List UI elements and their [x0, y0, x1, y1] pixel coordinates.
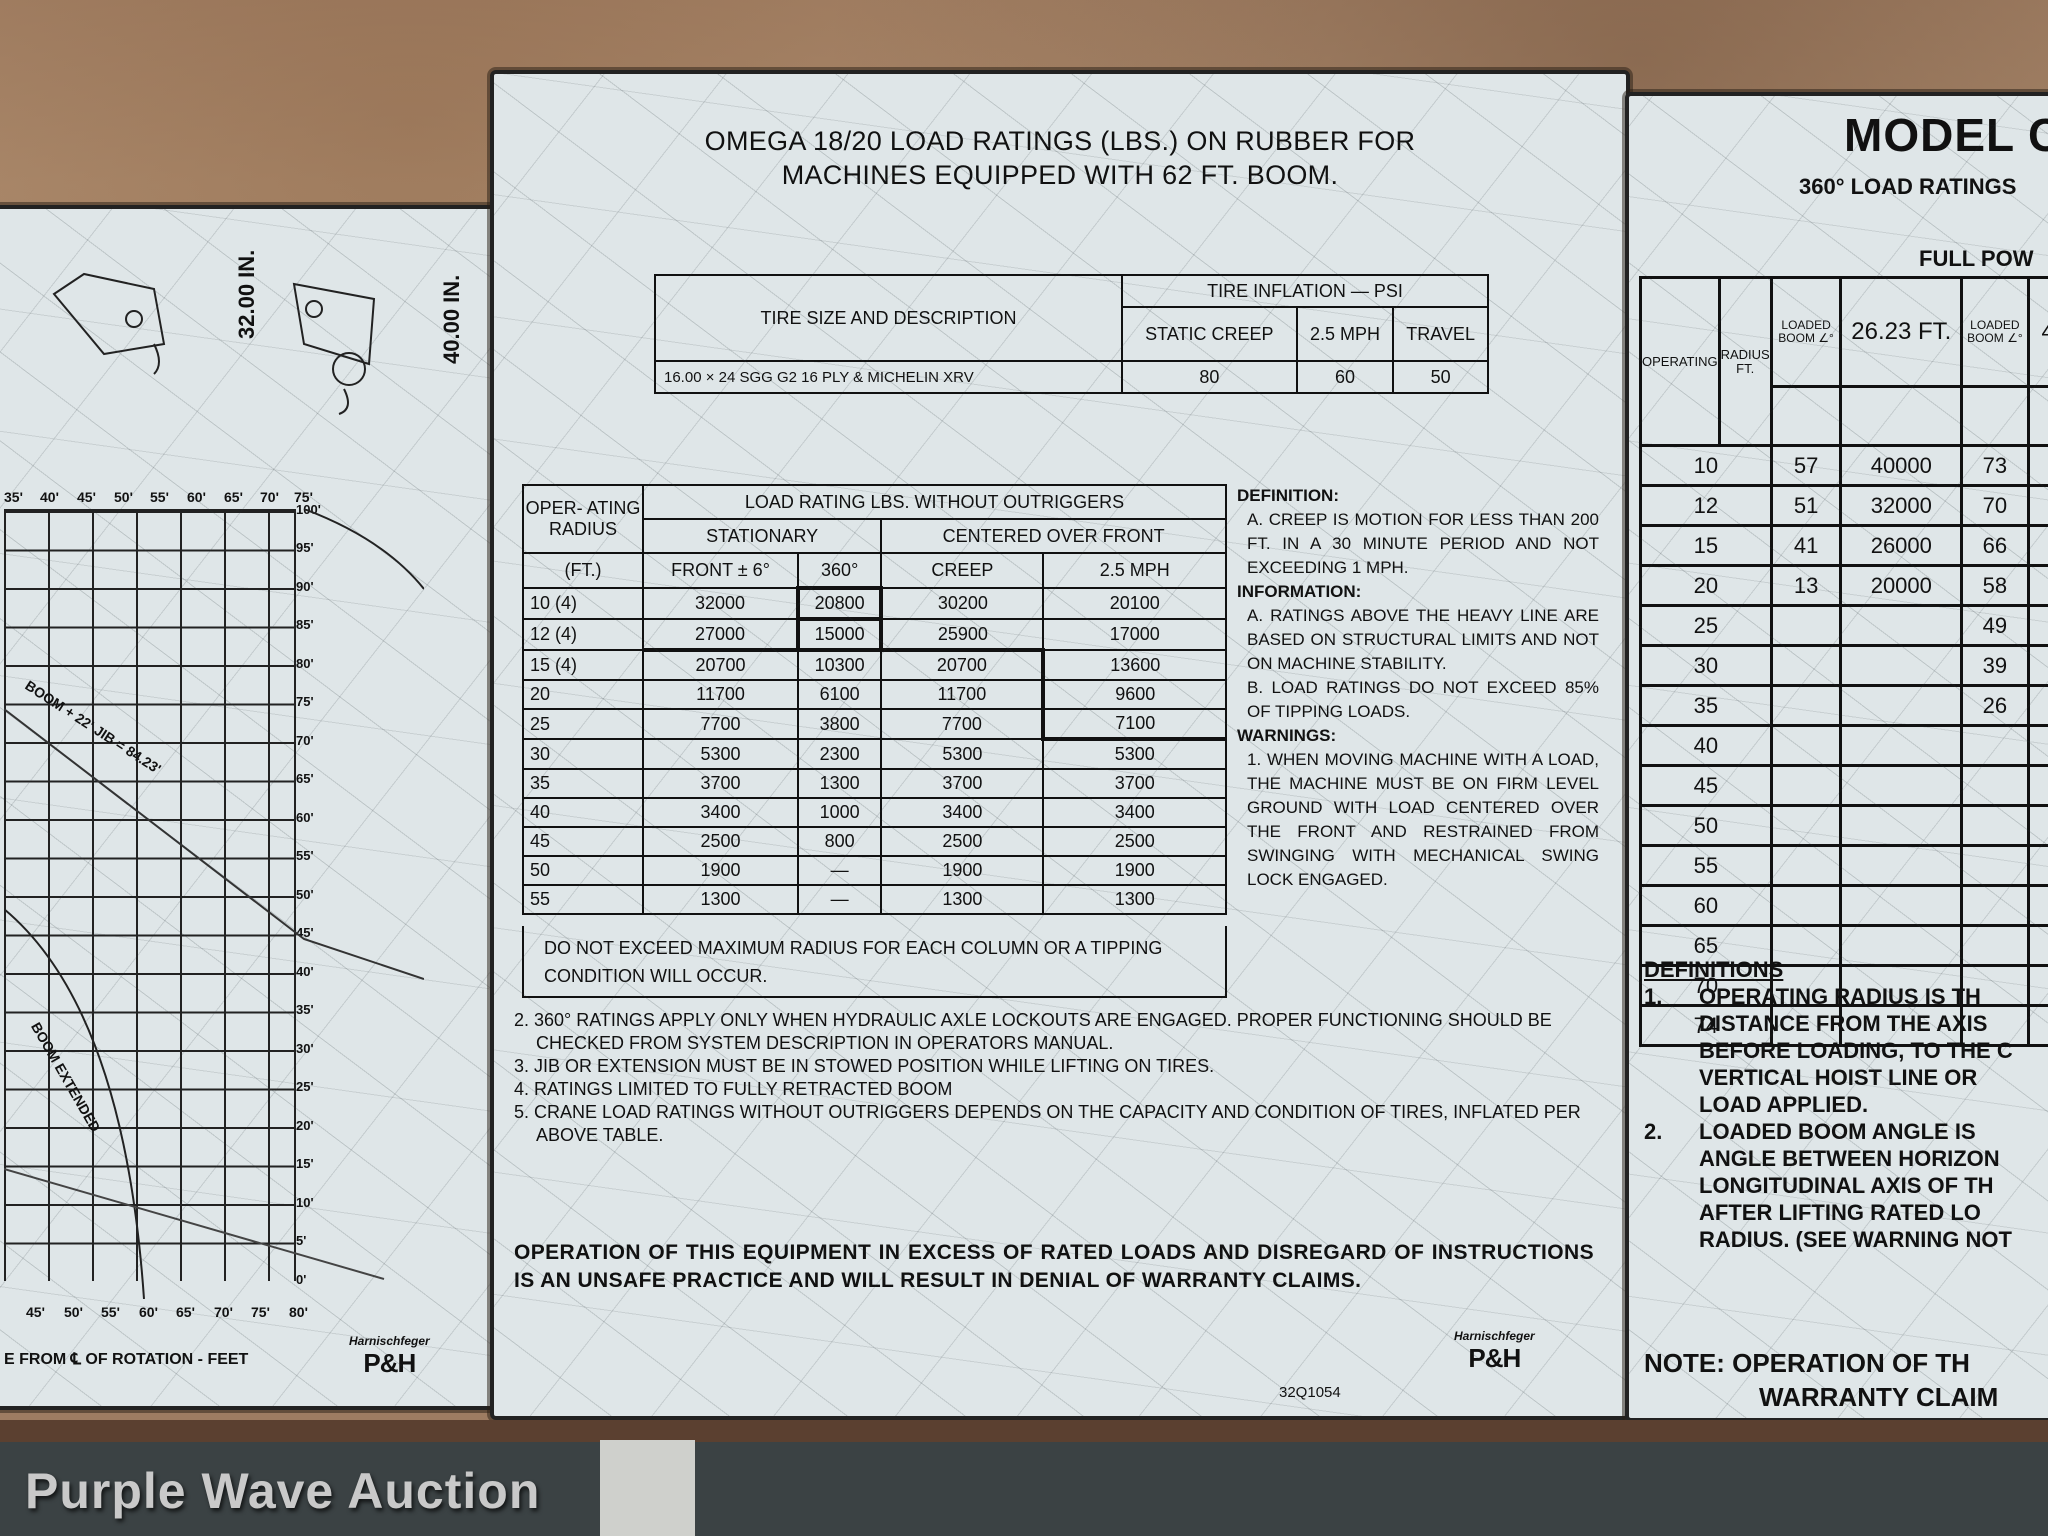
front-cell: 3700	[643, 769, 798, 798]
part-number: 32Q1054	[1279, 1384, 1341, 1401]
table-row: 30 5300 2300 5300 5300	[523, 739, 1226, 769]
r360-cell: —	[798, 856, 881, 885]
plate-title: OMEGA 18/20 LOAD RATINGS (LBS.) ON RUBBE…	[494, 124, 1626, 192]
front-cell: 1300	[643, 885, 798, 914]
radius-cell: 15	[1641, 526, 1772, 566]
tire-inflation-header: TIRE INFLATION — PSI	[1122, 275, 1488, 307]
x-tick: 80'	[289, 1304, 308, 1320]
radius-cell: 60	[1641, 886, 1772, 926]
operating-label: OPERATING	[1641, 278, 1720, 446]
table-row: 3526	[1641, 686, 2048, 726]
angle-cell: 73	[1962, 446, 2028, 486]
note-line-1: NOTE: OPERATION OF TH	[1644, 1346, 1998, 1380]
x-tick: 50'	[114, 489, 133, 505]
radius-cell: 30	[1641, 646, 1772, 686]
table-row: 15 (4) 20700 10300 20700 13600	[523, 650, 1226, 680]
x-tick: 50'	[64, 1304, 83, 1320]
boom-arc-lines-icon	[4, 509, 424, 1299]
r360-cell: 10300	[798, 650, 881, 680]
boom-length-header: 26.23 FT.	[1841, 278, 1962, 387]
psi-2-5-mph: 60	[1297, 361, 1394, 393]
table-row: 12513200070	[1641, 486, 2048, 526]
table-row: 50 1900 — 1900 1900	[523, 856, 1226, 885]
mph-cell: 9600	[1043, 680, 1226, 709]
definition-line: LONGITUDINAL AXIS OF TH	[1699, 1172, 2012, 1199]
col-360: 360°	[798, 553, 881, 588]
radius-cell: 50	[523, 856, 643, 885]
creep-cell: 30200	[881, 588, 1043, 619]
brand-name: Harnischfeger	[1454, 1329, 1535, 1343]
angle-cell: 39	[1962, 646, 2028, 686]
title-line-1: OMEGA 18/20 LOAD RATINGS (LBS.) ON RUBBE…	[494, 124, 1626, 158]
x-tick: 70'	[260, 489, 279, 505]
watermark: Purple Wave Auction	[25, 1462, 540, 1520]
radius-cell: 30	[523, 739, 643, 769]
front-cell: 2500	[643, 827, 798, 856]
x-tick: 75'	[251, 1304, 270, 1320]
note-line-2: WARRANTY CLAIM	[1644, 1380, 1998, 1414]
mph-cell: 7100	[1043, 709, 1226, 739]
rust-strip	[0, 1420, 2048, 1442]
information-heading: INFORMATION:	[1237, 580, 1599, 604]
radius-cell: 35	[1641, 686, 1772, 726]
definition-line: LOADED BOOM ANGLE IS	[1699, 1118, 2012, 1145]
mph-cell: 20100	[1043, 588, 1226, 619]
definition-number: 2.	[1644, 1118, 1699, 1253]
radius-cell: 45	[523, 827, 643, 856]
definition-heading: DEFINITION:	[1237, 484, 1599, 508]
radius-cell: 45	[1641, 766, 1772, 806]
radius-cell: 55	[523, 885, 643, 914]
stationary-header: STATIONARY	[643, 519, 881, 553]
radius-cell: 12	[1641, 486, 1772, 526]
r360-cell: 15000	[798, 619, 881, 650]
ph-brand: Harnischfeger P&H	[1454, 1329, 1535, 1374]
note-4: 4. RATINGS LIMITED TO FULLY RETRACTED BO…	[514, 1078, 1594, 1101]
range-diagram-plate: 32.00 IN. 40.00 IN. 100' 95' 90' 85' 80'…	[0, 205, 520, 1410]
definitions-section: DEFINITIONS 1. OPERATING RADIUS IS TH DI…	[1644, 956, 2048, 1253]
x-tick: 60'	[187, 489, 206, 505]
radius-cell: 25	[523, 709, 643, 739]
front-cell: 20700	[643, 650, 798, 680]
front-cell: 5300	[643, 739, 798, 769]
warranty-warning: OPERATION OF THIS EQUIPMENT IN EXCESS OF…	[514, 1239, 1594, 1295]
mph-cell: 1300	[1043, 885, 1226, 914]
angle-cell: 49	[1962, 606, 2028, 646]
col-front: FRONT ± 6°	[643, 553, 798, 588]
creep-cell: 7700	[881, 709, 1043, 739]
table-row: 40	[1641, 726, 2048, 766]
metal-post	[600, 1440, 695, 1536]
load-cell: 32000	[1841, 486, 1962, 526]
table-row: 10 (4) 32000 20800 30200 20100	[523, 588, 1226, 619]
angle-cell: 13	[1771, 566, 1841, 606]
definition-line: VERTICAL HOIST LINE OR	[1699, 1064, 2013, 1091]
front-cell: 3400	[643, 798, 798, 827]
main-header: LOAD RATING LBS. WITHOUT OUTRIGGERS	[643, 485, 1226, 519]
radius-header: OPER- ATING RADIUS	[523, 485, 643, 553]
mph-cell: 5300	[1043, 739, 1226, 769]
creep-cell: 11700	[881, 680, 1043, 709]
tire-desc-header: TIRE SIZE AND DESCRIPTION	[655, 275, 1122, 361]
creep-cell: 3700	[881, 769, 1043, 798]
warning-1: 1. WHEN MOVING MACHINE WITH A LOAD, THE …	[1247, 748, 1599, 892]
angle-cell: 57	[1771, 446, 1841, 486]
brand-name: Harnischfeger	[349, 1334, 430, 1348]
creep-cell: 3400	[881, 798, 1043, 827]
col-creep: CREEP	[881, 553, 1043, 588]
tire-table: TIRE SIZE AND DESCRIPTION TIRE INFLATION…	[654, 274, 1489, 394]
note-2: 2. 360° RATINGS APPLY ONLY WHEN HYDRAULI…	[514, 1009, 1594, 1055]
r360-cell: 20800	[798, 588, 881, 619]
radius-cell: 10	[1641, 446, 1772, 486]
definitions-panel: DEFINITION: A. CREEP IS MOTION FOR LESS …	[1237, 484, 1599, 892]
r360-cell: —	[798, 885, 881, 914]
definition-line: ANGLE BETWEEN HORIZON	[1699, 1145, 2012, 1172]
model-title: MODEL C	[1844, 108, 2048, 162]
definition-number: 1.	[1644, 983, 1699, 1118]
mph-cell: 3700	[1043, 769, 1226, 798]
radius-cell: 35	[523, 769, 643, 798]
model-load-table: OPERATING RADIUS FT. LOADED BOOM ∠° 26.2…	[1639, 276, 2048, 1047]
r360-cell: 800	[798, 827, 881, 856]
max-radius-note: DO NOT EXCEED MAXIMUM RADIUS FOR EACH CO…	[522, 926, 1227, 998]
radius-label: RADIUS FT.	[1719, 278, 1771, 446]
radius-cell: 12 (4)	[523, 619, 643, 650]
x-tick: 65'	[176, 1304, 195, 1320]
front-cell: 11700	[643, 680, 798, 709]
radius-cell: 40	[1641, 726, 1772, 766]
load-rating-plate: OMEGA 18/20 LOAD RATINGS (LBS.) ON RUBBE…	[490, 70, 1630, 1420]
radius-cell: 55	[1641, 846, 1772, 886]
radius-cell: 50	[1641, 806, 1772, 846]
table-row: 15412600066	[1641, 526, 2048, 566]
radius-cell: 20	[1641, 566, 1772, 606]
angle-cell: 41	[1771, 526, 1841, 566]
definition-a: A. CREEP IS MOTION FOR LESS THAN 200 FT.…	[1247, 508, 1599, 580]
mph-cell: 3400	[1043, 798, 1226, 827]
table-row: 20 11700 6100 11700 9600	[523, 680, 1226, 709]
r360-cell: 1000	[798, 798, 881, 827]
creep-cell: 20700	[881, 650, 1043, 680]
angle-cell: 66	[1962, 526, 2028, 566]
radius-cell: 25	[1641, 606, 1772, 646]
x-tick: 60'	[139, 1304, 158, 1320]
loaded-boom-header-1: LOADED BOOM ∠°	[1771, 278, 1841, 387]
r360-cell: 3800	[798, 709, 881, 739]
table-row: 60	[1641, 886, 2048, 926]
load-cell: 26000	[1841, 526, 1962, 566]
note-5: 5. CRANE LOAD RATINGS WITHOUT OUTRIGGERS…	[514, 1101, 1594, 1147]
definition-item: 2. LOADED BOOM ANGLE IS ANGLE BETWEEN HO…	[1644, 1118, 2048, 1253]
information-a: A. RATINGS ABOVE THE HEAVY LINE ARE BASE…	[1247, 604, 1599, 676]
radius-cell: 10 (4)	[523, 588, 643, 619]
mph-cell: 13600	[1043, 650, 1226, 680]
table-row: 3039	[1641, 646, 2048, 686]
definition-line: RADIUS. (SEE WARNING NOT	[1699, 1226, 2012, 1253]
angle-cell: 58	[1962, 566, 2028, 606]
x-tick: 55'	[150, 489, 169, 505]
radius-cell: 40	[523, 798, 643, 827]
loaded-boom-header-2: LOADED BOOM ∠°	[1962, 278, 2028, 387]
mph-cell: 1900	[1043, 856, 1226, 885]
definition-item: 1. OPERATING RADIUS IS TH DISTANCE FROM …	[1644, 983, 2048, 1118]
travel-header: TRAVEL	[1393, 307, 1488, 361]
table-row: 10574000073	[1641, 446, 2048, 486]
table-row: 35 3700 1300 3700 3700	[523, 769, 1226, 798]
front-cell: 1900	[643, 856, 798, 885]
ratings-subtitle: 360° LOAD RATINGS	[1799, 174, 2016, 200]
centered-over-front-header: CENTERED OVER FRONT	[881, 519, 1226, 553]
definition-line: OPERATING RADIUS IS TH	[1699, 983, 2013, 1010]
x-tick: 40'	[40, 489, 59, 505]
creep-cell: 1900	[881, 856, 1043, 885]
x-tick: 45'	[26, 1304, 45, 1320]
ph-logo: P&H	[1454, 1343, 1535, 1374]
table-row: 45	[1641, 766, 2048, 806]
angle-cell: 51	[1771, 486, 1841, 526]
x-tick: 45'	[77, 489, 96, 505]
psi-static-creep: 80	[1122, 361, 1297, 393]
definition-line: AFTER LIFTING RATED LO	[1699, 1199, 2012, 1226]
col-2-5-mph: 2.5 MPH	[1043, 553, 1226, 588]
r360-cell: 1300	[798, 769, 881, 798]
r360-cell: 6100	[798, 680, 881, 709]
note-3: 3. JIB OR EXTENSION MUST BE IN STOWED PO…	[514, 1055, 1594, 1078]
angle-cell: 70	[1962, 486, 2028, 526]
creep-cell: 2500	[881, 827, 1043, 856]
static-creep-header: STATIC CREEP	[1122, 307, 1297, 361]
ph-logo: P&H	[349, 1348, 430, 1379]
definitions-heading: DEFINITIONS	[1644, 956, 2048, 983]
x-tick: 55'	[101, 1304, 120, 1320]
psi-travel: 50	[1393, 361, 1488, 393]
boom-tip-sketch-icon	[44, 254, 444, 444]
full-power-header: FULL POW	[1919, 246, 2033, 272]
creep-cell: 1300	[881, 885, 1043, 914]
table-row: 20132000058	[1641, 566, 2048, 606]
definition-line: LOAD APPLIED.	[1699, 1091, 2013, 1118]
radius-cell: 20	[523, 680, 643, 709]
definition-line: DISTANCE FROM THE AXIS	[1699, 1010, 2013, 1037]
radius-cell: 15 (4)	[523, 650, 643, 680]
information-b: B. LOAD RATINGS DO NOT EXCEED 85% OF TIP…	[1247, 676, 1599, 724]
table-row: 12 (4) 27000 15000 25900 17000	[523, 619, 1226, 650]
creep-cell: 25900	[881, 619, 1043, 650]
mph-cell: 2500	[1043, 827, 1226, 856]
x-tick: 65'	[224, 489, 243, 505]
table-row: 2549	[1641, 606, 2048, 646]
tire-description: 16.00 × 24 SGG G2 16 PLY & MICHELIN XRV	[655, 361, 1122, 393]
r360-cell: 2300	[798, 739, 881, 769]
warnings-heading: WARNINGS:	[1237, 724, 1599, 748]
x-tick: 70'	[214, 1304, 233, 1320]
mph-header: 2.5 MPH	[1297, 307, 1394, 361]
front-cell: 27000	[643, 619, 798, 650]
load-cell: 40000	[1841, 446, 1962, 486]
operation-note: NOTE: OPERATION OF TH WARRANTY CLAIM	[1644, 1346, 1998, 1414]
creep-cell: 5300	[881, 739, 1043, 769]
table-row: 55	[1641, 846, 2048, 886]
table-row: 50	[1641, 806, 2048, 846]
table-row: 40 3400 1000 3400 3400	[523, 798, 1226, 827]
ph-brand: Harnischfeger P&H	[349, 1334, 430, 1379]
x-tick: 75'	[294, 489, 313, 505]
x-axis-label: E FROM ℄ OF ROTATION - FEET	[4, 1349, 248, 1369]
mph-cell: 17000	[1043, 619, 1226, 650]
load-cell: 20000	[1841, 566, 1962, 606]
angle-cell: 26	[1962, 686, 2028, 726]
title-line-2: MACHINES EQUIPPED WITH 62 FT. BOOM.	[494, 158, 1626, 192]
numbered-notes: 2. 360° RATINGS APPLY ONLY WHEN HYDRAULI…	[514, 1009, 1594, 1147]
table-row: 45 2500 800 2500 2500	[523, 827, 1226, 856]
load-rating-table: OPER- ATING RADIUS LOAD RATING LBS. WITH…	[522, 484, 1227, 915]
front-cell: 32000	[643, 588, 798, 619]
table-row: 25 7700 3800 7700 7100	[523, 709, 1226, 739]
model-chart-plate: MODEL C 360° LOAD RATINGS FULL POW OPERA…	[1625, 92, 2048, 1422]
radius-unit: (FT.)	[523, 553, 643, 588]
definition-line: BEFORE LOADING, TO THE C	[1699, 1037, 2013, 1064]
front-cell: 7700	[643, 709, 798, 739]
table-row: 55 1300 — 1300 1300	[523, 885, 1226, 914]
x-tick: 35'	[4, 489, 23, 505]
boom-length-header-2: 44	[2028, 278, 2048, 387]
